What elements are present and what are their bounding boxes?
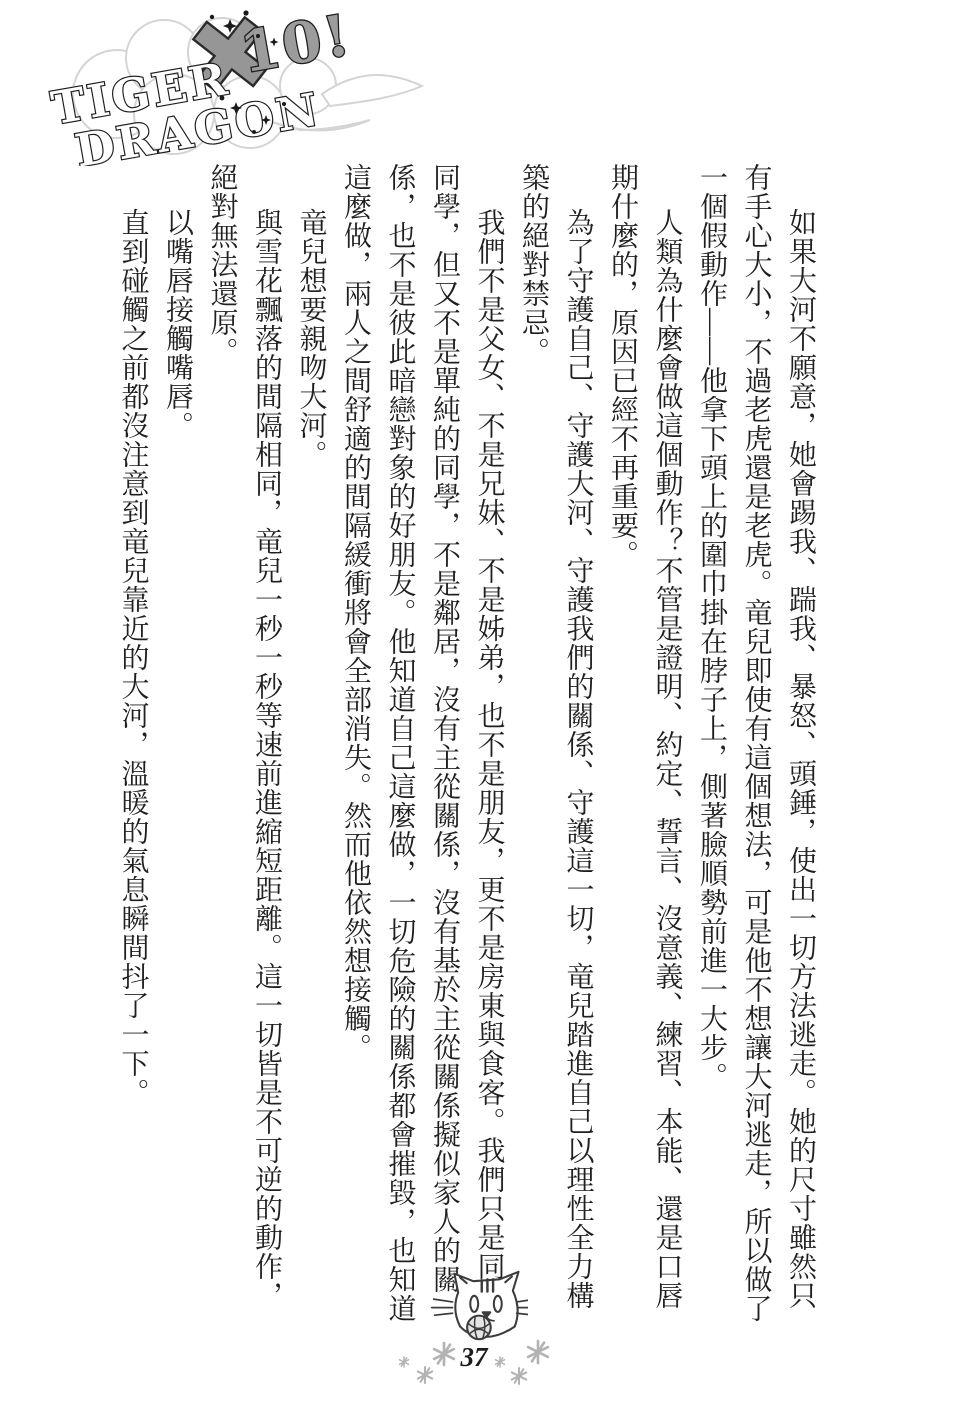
- series-logo-art: TIGER DRAGON 10!: [22, 6, 452, 166]
- paragraph: 我們不是父女、不是兄妹、不是姊弟，也不是朋友，更不是房東與食客。我們只是同班同學…: [333, 163, 511, 1325]
- book-page: TIGER DRAGON 10! 如果大河不願意，她會踢我、踹我、暴怒、頭錘，使…: [0, 0, 960, 1411]
- logo-volume-number: 10!: [236, 6, 357, 86]
- series-logo: TIGER DRAGON 10!: [22, 6, 452, 166]
- page-number: 37: [434, 1342, 514, 1373]
- paragraph: 以嘴唇接觸嘴唇。: [155, 163, 200, 1325]
- paragraph: 與雪花飄落的間隔相同，竜兒一秒一秒等速前進縮短距離。這一切皆是不可逆的動作，絕對…: [199, 163, 288, 1325]
- paragraph: 直到碰觸之前都沒注意到竜兒靠近的大河，溫暖的氣息瞬間抖了一下。: [110, 163, 155, 1325]
- novel-text: 如果大河不願意，她會踢我、踹我、暴怒、頭錘，使出一切方法逃走。她的尺寸雖然只有手…: [110, 163, 822, 1325]
- paragraph: 竜兒想要親吻大河。: [288, 163, 333, 1325]
- paragraph: 人類為什麼會做這個動作？不管是證明、約定、誓言、沒意義、練習、本能、還是口唇期什…: [600, 163, 689, 1325]
- paragraph: 如果大河不願意，她會踢我、踹我、暴怒、頭錘，使出一切方法逃走。她的尺寸雖然只有手…: [689, 163, 823, 1325]
- paragraph: 為了守護自己、守護大河、守護我們的關係、守護這一切，竜兒踏進自己以理性全力構築的…: [511, 163, 600, 1325]
